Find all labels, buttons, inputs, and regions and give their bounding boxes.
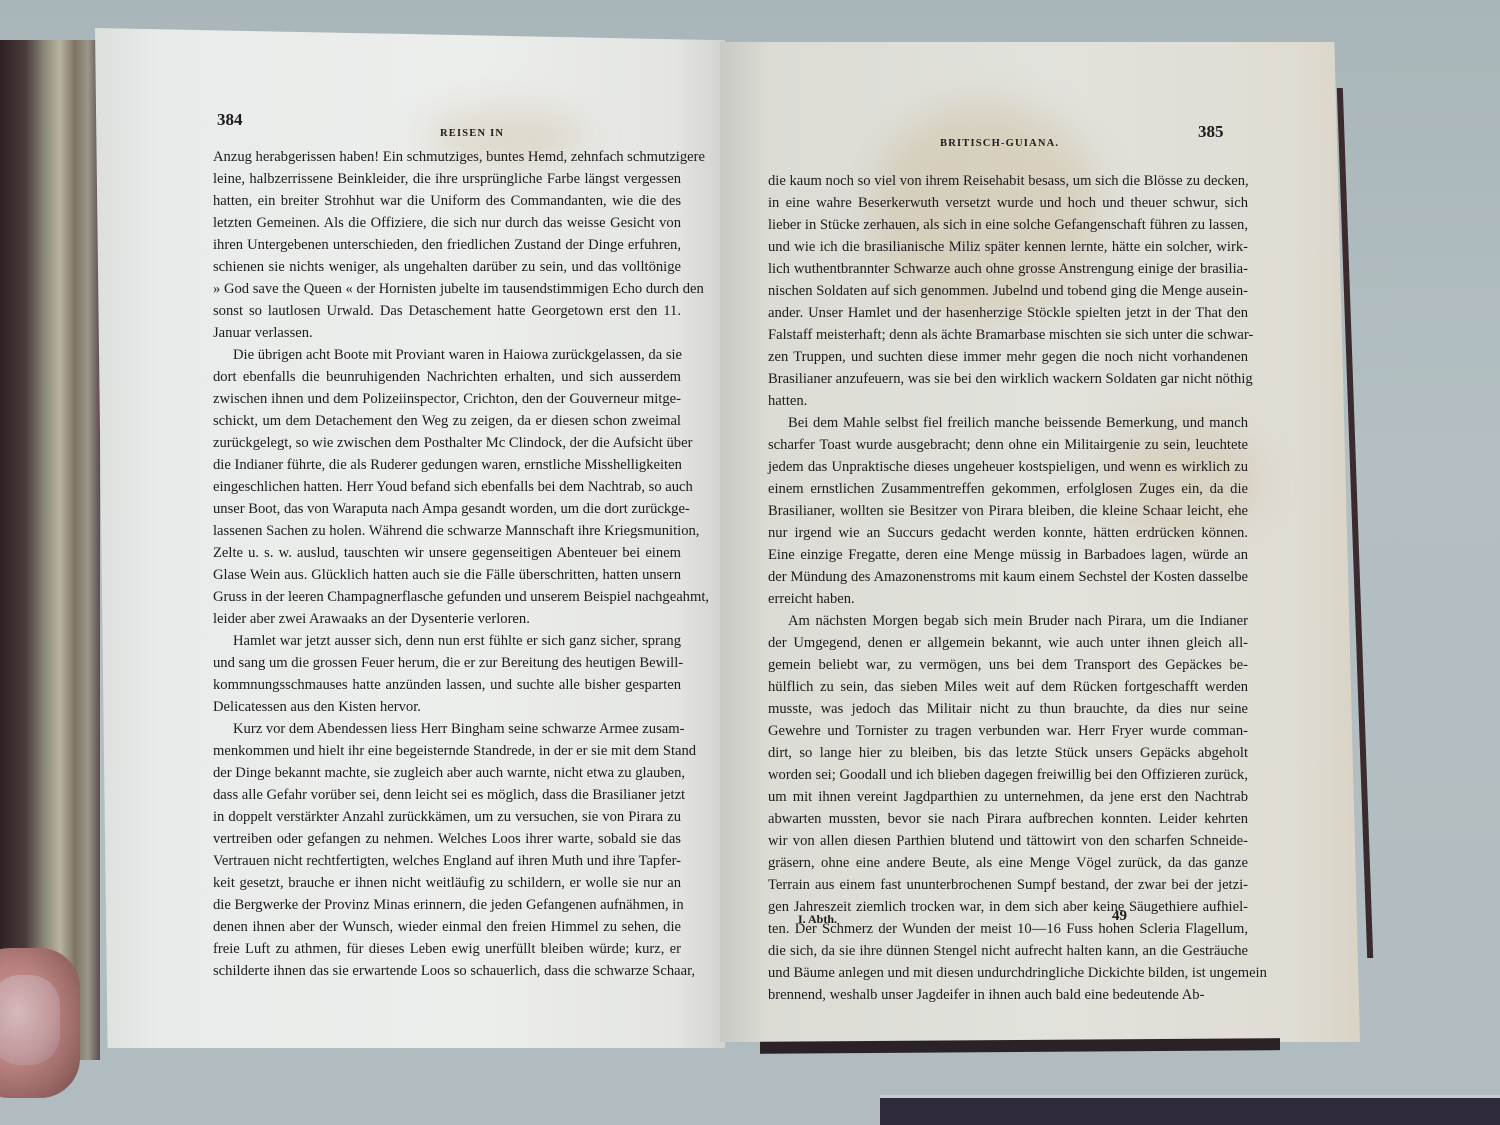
- text-line: Kurz vor dem Abendessen liess Herr Bingh…: [213, 718, 681, 740]
- text-line: um mit ihnen vereint Jagdparthien zu unt…: [768, 786, 1248, 808]
- text-line: abwarten mussten, bevor sie nach Pirara …: [768, 808, 1248, 830]
- text-line: scharfer Toast wurde ausgebracht; denn o…: [768, 434, 1248, 456]
- text-line: schickt, um dem Detachement den Weg zu z…: [213, 410, 681, 432]
- text-line: zwischen ihnen und dem Polizeiinspector,…: [213, 388, 681, 410]
- text-line: sonst so lautlosen Urwald. Das Detaschem…: [213, 300, 681, 322]
- text-line: leine, halbzerrissene Beinkleider, die i…: [213, 168, 681, 190]
- text-line: Delicatessen aus den Kisten hervor.: [213, 696, 681, 718]
- book-page-edges-left: [0, 40, 100, 1060]
- text-line: brennend, weshalb unser Jagdeifer in ihn…: [768, 984, 1248, 1006]
- text-line: Januar verlassen.: [213, 322, 681, 344]
- thumbnail: [0, 975, 60, 1065]
- text-line: Brasilianer, wollten sie Besitzer von Pi…: [768, 500, 1248, 522]
- text-line: jedem das Unpraktische dieses ungeheuer …: [768, 456, 1248, 478]
- text-line: und Bäume anlegen und mit diesen undurch…: [768, 962, 1248, 984]
- table-edge: [880, 1095, 1500, 1125]
- text-line: ander. Unser Hamlet und der hasenherzige…: [768, 302, 1248, 324]
- book-cover-bottom-edge: [760, 1038, 1280, 1054]
- text-line: die Indianer führte, die als Ruderer ged…: [213, 454, 681, 476]
- text-line: dass alle Gefahr vorüber sei, denn leich…: [213, 784, 681, 806]
- text-line: Anzug herabgerissen haben! Ein schmutzig…: [213, 146, 681, 168]
- text-line: lich wuthentbrannter Schwarze auch ohne …: [768, 258, 1248, 280]
- text-line: gen Jahreszeit ziemlich trocken war, in …: [768, 896, 1248, 918]
- text-line: gräsern, ohne eine andere Beute, als ein…: [768, 852, 1248, 874]
- text-line: dirt, so lange hier zu bleiben, bis das …: [768, 742, 1248, 764]
- text-line: die sich, da sie ihre dünnen Stengel nic…: [768, 940, 1248, 962]
- right-page: BRITISCH-GUIANA. 385 die kaum noch so vi…: [720, 42, 1360, 1042]
- running-head-right: BRITISCH-GUIANA.: [940, 138, 1059, 149]
- text-line: Vertrauen nicht rechtfertigten, welches …: [213, 850, 681, 872]
- sheet-number: 49: [1112, 908, 1127, 925]
- text-line: Hamlet war jetzt ausser sich, denn nun e…: [213, 630, 681, 652]
- text-line: und sang um die grossen Feuer herum, die…: [213, 652, 681, 674]
- text-line: die Bergwerke der Provinz Minas erinnern…: [213, 894, 681, 916]
- text-line: und wie ich die brasilianische Miliz spä…: [768, 236, 1248, 258]
- text-line: Gruss in der leeren Champagnerflasche ge…: [213, 586, 681, 608]
- page-number-left: 384: [217, 110, 243, 130]
- text-line: keit gesetzt, brauche er ihnen nicht wei…: [213, 872, 681, 894]
- text-line: denen ihnen aber der Wunsch, wieder einm…: [213, 916, 681, 938]
- left-page-body-text: Anzug herabgerissen haben! Ein schmutzig…: [213, 146, 681, 982]
- text-line: unser Boot, das von Waraputa nach Ampa g…: [213, 498, 681, 520]
- text-line: leider aber zwei Arawaaks an der Dysente…: [213, 608, 681, 630]
- text-line: gemein beliebt war, zu vermögen, uns bei…: [768, 654, 1248, 676]
- text-line: Glase Wein aus. Glücklich hatten auch si…: [213, 564, 681, 586]
- text-line: in eine wahre Beserkerwuth versetzt wurd…: [768, 192, 1248, 214]
- text-line: dort ebenfalls die beunruhigenden Nachri…: [213, 366, 681, 388]
- text-line: hülflich zu sein, das sieben Miles weit …: [768, 676, 1248, 698]
- text-line: » God save the Queen « der Hornisten jub…: [213, 278, 681, 300]
- text-line: letzten Gemeinen. Als die Offiziere, die…: [213, 212, 681, 234]
- text-line: musste, was jedoch das Militair nicht zu…: [768, 698, 1248, 720]
- text-line: hatten, ein breiter Strohhut war die Uni…: [213, 190, 681, 212]
- page-number-right: 385: [1198, 122, 1224, 142]
- text-line: lassenen Sachen zu holen. Während die sc…: [213, 520, 681, 542]
- text-line: nur irgend wie an Succurs gedacht werden…: [768, 522, 1248, 544]
- text-line: Bei dem Mahle selbst fiel freilich manch…: [768, 412, 1248, 434]
- left-page: 384 REISEN IN Anzug herabgerissen haben!…: [95, 28, 725, 1048]
- text-line: eingeschlichen hatten. Herr Youd befand …: [213, 476, 681, 498]
- text-line: zurückgelegt, so wie zwischen dem Postha…: [213, 432, 681, 454]
- text-line: in doppelt verstärkter Anzahl zurückkäme…: [213, 806, 681, 828]
- text-line: die kaum noch so viel von ihrem Reisehab…: [768, 170, 1248, 192]
- text-line: Zelte u. s. w. auslud, tauschten wir uns…: [213, 542, 681, 564]
- text-line: erreicht haben.: [768, 588, 1248, 610]
- text-line: schienen sie nichts weniger, als ungehal…: [213, 256, 681, 278]
- running-head-left: REISEN IN: [440, 128, 504, 139]
- text-line: worden sei; Goodall und ich blieben dage…: [768, 764, 1248, 786]
- signature-mark: I. Abth.: [798, 912, 837, 927]
- text-line: schilderte ihnen das sie erwartende Loos…: [213, 960, 681, 982]
- text-line: Gewehre und Tornister zu tragen verbunde…: [768, 720, 1248, 742]
- text-line: der Mündung des Amazonenstroms mit kaum …: [768, 566, 1248, 588]
- text-line: zen Truppen, und suchten diese immer meh…: [768, 346, 1248, 368]
- text-line: hatten.: [768, 390, 1248, 412]
- text-line: ihren Untergebenen unterschieden, den fr…: [213, 234, 681, 256]
- text-line: freie Luft zu athmen, für dieses Leben e…: [213, 938, 681, 960]
- text-line: Falstaff meisterhaft; denn als ächte Bra…: [768, 324, 1248, 346]
- text-line: kommnungsschmauses hatte anzünden lassen…: [213, 674, 681, 696]
- text-line: der Umgegend, denen er allgemein bekannt…: [768, 632, 1248, 654]
- text-line: menkommen und hielt ihr eine begeisternd…: [213, 740, 681, 762]
- text-line: Brasilianer anzufeuern, was sie bei den …: [768, 368, 1248, 390]
- right-page-body-text: die kaum noch so viel von ihrem Reisehab…: [768, 170, 1248, 1006]
- text-line: Am nächsten Morgen begab sich mein Brude…: [768, 610, 1248, 632]
- text-line: lieber in Stücke zerhauen, als sich in e…: [768, 214, 1248, 236]
- text-line: vertreiben oder gefangen zu nehmen. Welc…: [213, 828, 681, 850]
- text-line: nischen Soldaten auf sich genommen. Jube…: [768, 280, 1248, 302]
- text-line: einem ernstlichen Zusammentreffen gekomm…: [768, 478, 1248, 500]
- text-line: ten. Der Schmerz der Wunden der meist 10…: [768, 918, 1248, 940]
- text-line: Die übrigen acht Boote mit Proviant ware…: [213, 344, 681, 366]
- text-line: Eine einzige Fregatte, deren eine Menge …: [768, 544, 1248, 566]
- text-line: der Dinge bekannt machte, sie zugleich a…: [213, 762, 681, 784]
- text-line: wir von allen diesen Parthien blutend un…: [768, 830, 1248, 852]
- text-line: Terrain aus einem fast ununterbrochenen …: [768, 874, 1248, 896]
